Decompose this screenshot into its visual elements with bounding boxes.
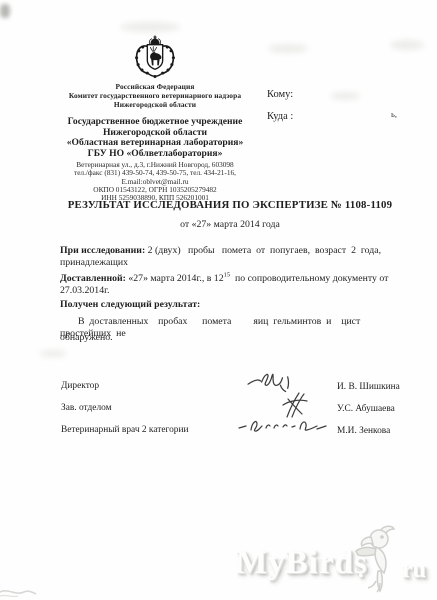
signature-name-vet: М.И. Зенкова xyxy=(337,426,390,436)
organization-block: Государственное бюджетное учреждение Ниж… xyxy=(48,117,262,202)
document-title: РЕЗУЛЬТАТ ИССЛЕДОВАНИЯ ПО ЭКСПЕРТИЗЕ № 1… xyxy=(40,199,420,211)
letterhead: Российская Федерация Комитет государстве… xyxy=(48,34,262,202)
signature-position-dept-head: Зав. отделом xyxy=(61,403,112,413)
signature-squiggle-dept-head xyxy=(277,391,311,419)
kuda-field-label: Куда : xyxy=(267,111,293,122)
komu-field-label: Кому: xyxy=(267,89,293,100)
signature-squiggle-vet xyxy=(237,416,329,434)
research-label: При исследовании: xyxy=(60,245,145,256)
delivered-text: «27» марта 2014г., в 12 xyxy=(126,273,224,284)
watermark-text-ru: ru xyxy=(402,557,426,584)
delivered-paragraph: Доставленной: «27» марта 2014г., в 1215 … xyxy=(60,273,400,297)
watermark-text-mybirds: MyBirds xyxy=(236,545,368,582)
signature-position-director: Директор xyxy=(61,381,99,391)
committee-line2: Нижегородской области xyxy=(48,100,262,109)
federation-line: Российская Федерация xyxy=(48,82,262,91)
delivered-label: Доставленной: xyxy=(60,273,126,284)
result-heading: Получен следующий результат: xyxy=(60,299,400,311)
scan-artifact xyxy=(330,92,360,100)
committee-line1: Комитет государственного ветеринарного н… xyxy=(48,91,262,100)
scan-artifact xyxy=(390,40,424,50)
watermark: MyBirds . ru xyxy=(230,523,437,598)
scan-artifact xyxy=(40,350,66,357)
result-line2: обнаружено. xyxy=(60,332,400,344)
org-line1: Государственное бюджетное учреждение xyxy=(48,117,262,128)
scan-artifact xyxy=(0,4,10,18)
signature-name-director: И. В. Шишкина xyxy=(337,382,400,392)
parrot-icon xyxy=(346,523,400,595)
coat-of-arms-icon xyxy=(132,34,178,80)
org-line4: ГБУ НО «Облветлаборатория» xyxy=(48,149,262,160)
document-date: от «27» марта 2014 года xyxy=(40,219,420,230)
watermark-dot: . xyxy=(358,557,364,583)
scan-artifact xyxy=(268,44,308,53)
scan-artifact-squiggle xyxy=(0,586,40,600)
signature-name-dept-head: У.С. Абушаева xyxy=(337,404,395,414)
research-paragraph: При исследовании: 2 (двух) пробы помета … xyxy=(60,245,400,269)
scan-artifact xyxy=(120,22,180,32)
signature-position-vet: Ветеринарный врач 2 категории xyxy=(61,425,189,435)
scanned-document-page: Российская Федерация Комитет государстве… xyxy=(0,0,437,600)
kuda-cutoff-fragment: ь, xyxy=(391,109,397,119)
